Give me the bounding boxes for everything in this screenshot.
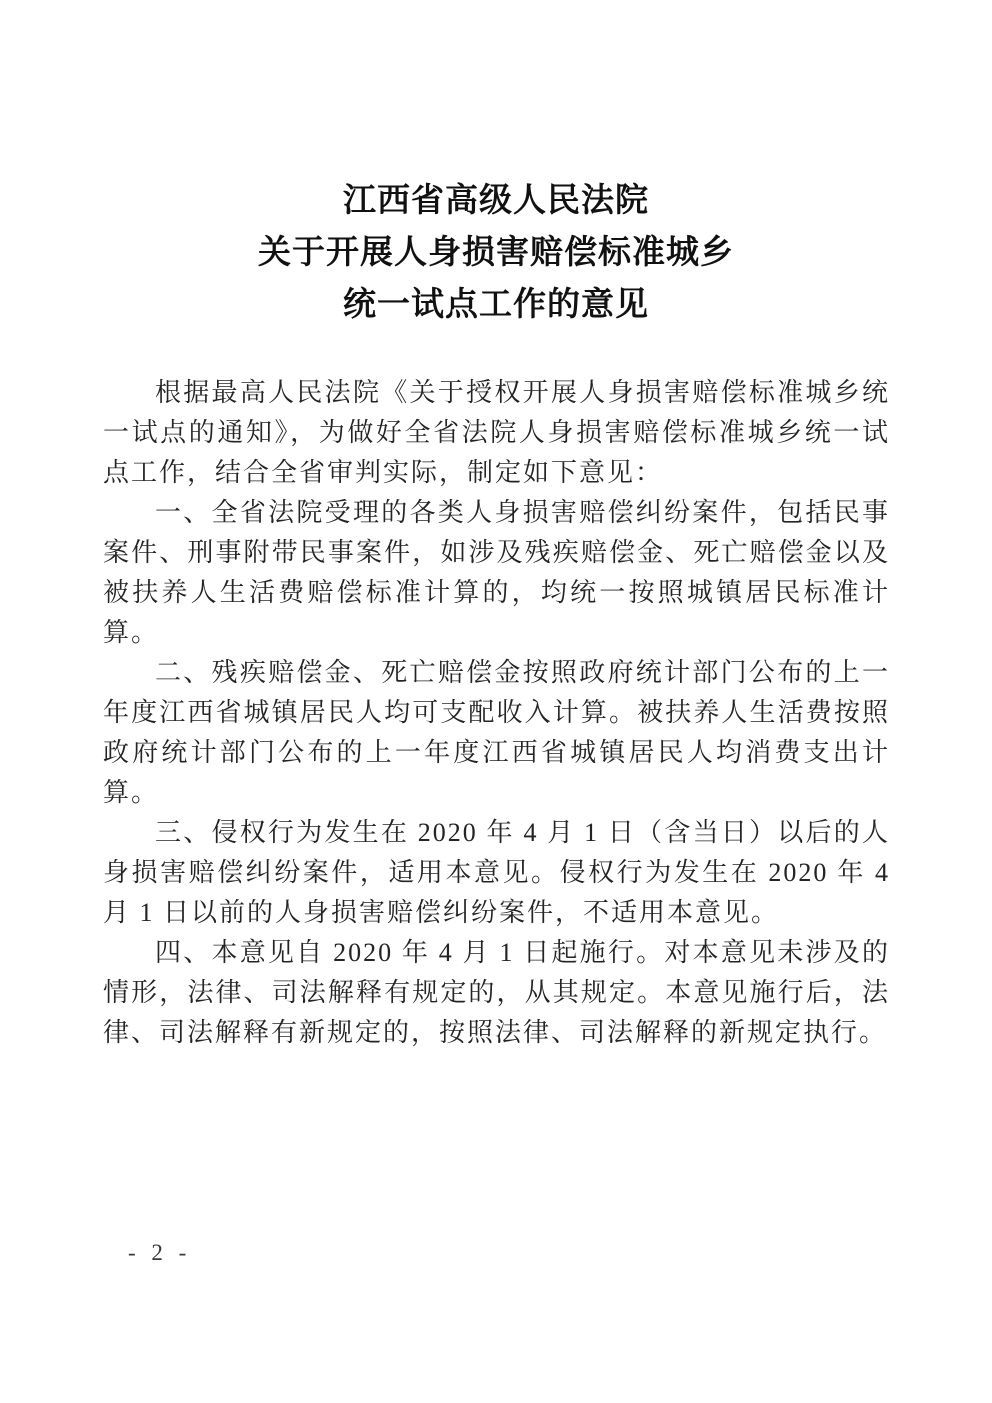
page-number: - 2 - xyxy=(128,1240,191,1265)
paragraph-article-3: 三、侵权行为发生在 2020 年 4 月 1 日（含当日）以后的人身损害赔偿纠纷… xyxy=(103,813,890,933)
document-page: 江西省高级人民法院 关于开展人身损害赔偿标准城乡 统一试点工作的意见 根据最高人… xyxy=(0,0,992,1403)
title-line-subject: 关于开展人身损害赔偿标准城乡 xyxy=(0,227,992,279)
title-line-opinion: 统一试点工作的意见 xyxy=(0,279,992,331)
paragraph-preamble: 根据最高人民法院《关于授权开展人身损害赔偿标准城乡统一试点的通知》，为做好全省法… xyxy=(103,373,890,493)
paragraph-article-2: 二、残疾赔偿金、死亡赔偿金按照政府统计部门公布的上一年度江西省城镇居民人均可支配… xyxy=(103,653,890,813)
paragraph-article-1: 一、全省法院受理的各类人身损害赔偿纠纷案件，包括民事案件、刑事附带民事案件，如涉… xyxy=(103,493,890,653)
document-title: 江西省高级人民法院 关于开展人身损害赔偿标准城乡 统一试点工作的意见 xyxy=(0,175,992,331)
paragraph-article-4: 四、本意见自 2020 年 4 月 1 日起施行。对本意见未涉及的情形，法律、司… xyxy=(103,933,890,1053)
page-footer: - 2 - xyxy=(128,1240,191,1266)
title-line-court: 江西省高级人民法院 xyxy=(0,175,992,227)
document-body: 根据最高人民法院《关于授权开展人身损害赔偿标准城乡统一试点的通知》，为做好全省法… xyxy=(103,373,890,1053)
